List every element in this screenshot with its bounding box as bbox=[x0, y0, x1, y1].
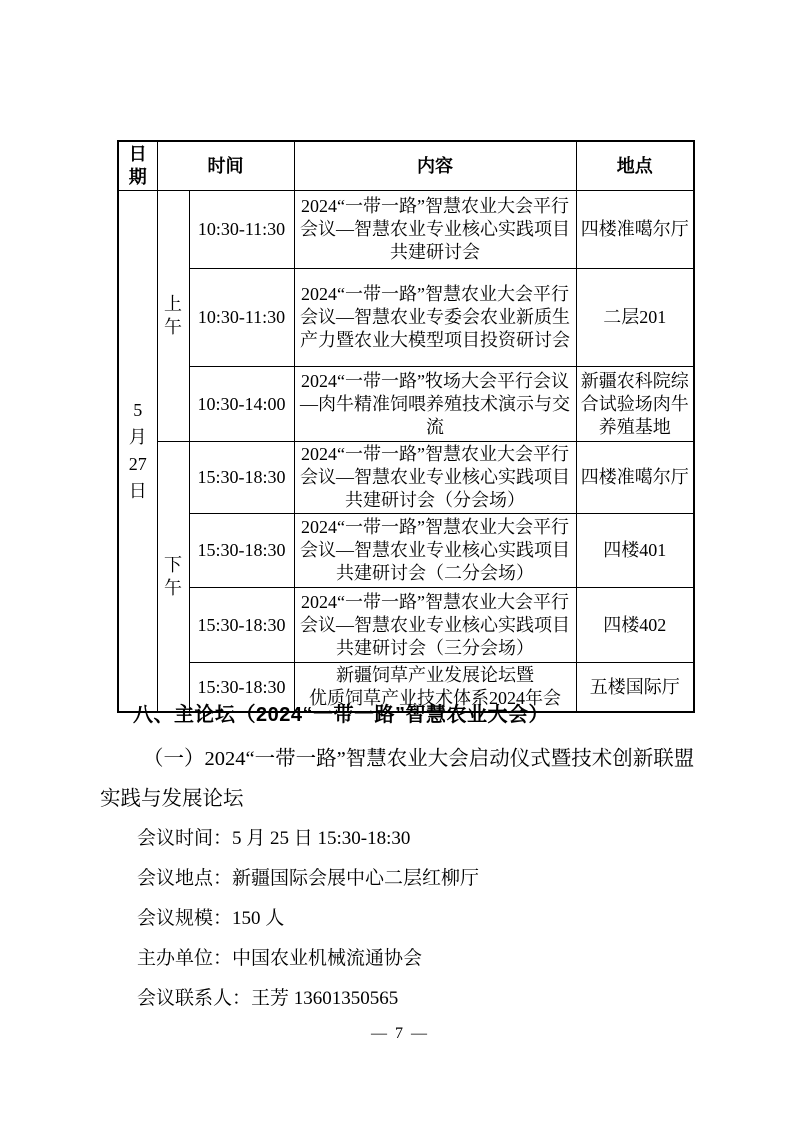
time-cell: 15:30-18:30 bbox=[189, 588, 294, 663]
detail-meeting-time: 会议时间：5 月 25 日 15:30-18:30 bbox=[100, 819, 702, 859]
pm-cell: 下午 bbox=[157, 442, 189, 713]
time-cell: 15:30-18:30 bbox=[189, 442, 294, 514]
location-cell: 四楼401 bbox=[576, 514, 694, 588]
table-row: 10:30-14:00 2024“一带一路”牧场大会平行会议—肉牛精准饲喂养殖技… bbox=[118, 367, 694, 442]
column-header-time: 时间 bbox=[157, 141, 294, 191]
date-cell: 5 月 27 日 bbox=[118, 191, 157, 713]
detail-meeting-scale: 会议规模：150 人 bbox=[100, 899, 702, 939]
content-cell: 2024“一带一路”牧场大会平行会议—肉牛精准饲喂养殖技术演示与交流 bbox=[294, 367, 576, 442]
section-subheading: （一）2024“一带一路”智慧农业大会启动仪式暨技术创新联盟实践与发展论坛 bbox=[100, 739, 702, 819]
detail-contact-person: 会议联系人：王芳 13601350565 bbox=[100, 979, 702, 1019]
schedule-table: 日期 时间 内容 地点 5 月 27 日 上午 10:30-11:30 2024… bbox=[117, 140, 695, 713]
table-row: 5 月 27 日 上午 10:30-11:30 2024“一带一路”智慧农业大会… bbox=[118, 191, 694, 269]
content-cell: 2024“一带一路”智慧农业大会平行会议—智慧农业专业核心实践项目共建研讨会（分… bbox=[294, 442, 576, 514]
time-cell: 15:30-18:30 bbox=[189, 514, 294, 588]
am-cell: 上午 bbox=[157, 191, 189, 442]
column-header-date: 日期 bbox=[118, 141, 157, 191]
content-cell: 2024“一带一路”智慧农业大会平行会议—智慧农业专业核心实践项目共建研讨会（三… bbox=[294, 588, 576, 663]
content-cell: 2024“一带一路”智慧农业大会平行会议—智慧农业专委会农业新质生产力暨农业大模… bbox=[294, 269, 576, 367]
table-row: 下午 15:30-18:30 2024“一带一路”智慧农业大会平行会议—智慧农业… bbox=[118, 442, 694, 514]
section-heading: 八、主论坛（2024“一带一路”智慧农业大会） bbox=[100, 701, 702, 729]
main-forum-section: 八、主论坛（2024“一带一路”智慧农业大会） （一）2024“一带一路”智慧农… bbox=[100, 701, 702, 1019]
time-cell: 10:30-14:00 bbox=[189, 367, 294, 442]
column-header-location: 地点 bbox=[576, 141, 694, 191]
table-row: 10:30-11:30 2024“一带一路”智慧农业大会平行会议—智慧农业专委会… bbox=[118, 269, 694, 367]
column-header-content: 内容 bbox=[294, 141, 576, 191]
content-cell: 2024“一带一路”智慧农业大会平行会议—智慧农业专业核心实践项目共建研讨会（二… bbox=[294, 514, 576, 588]
content-cell: 2024“一带一路”智慧农业大会平行会议—智慧农业专业核心实践项目共建研讨会 bbox=[294, 191, 576, 269]
location-cell: 四楼402 bbox=[576, 588, 694, 663]
location-cell: 四楼准噶尔厅 bbox=[576, 191, 694, 269]
detail-meeting-location: 会议地点：新疆国际会展中心二层红柳厅 bbox=[100, 859, 702, 899]
location-cell: 二层201 bbox=[576, 269, 694, 367]
table-header-row: 日期 时间 内容 地点 bbox=[118, 141, 694, 191]
document-page: 日期 时间 内容 地点 5 月 27 日 上午 10:30-11:30 2024… bbox=[0, 0, 800, 1131]
time-cell: 10:30-11:30 bbox=[189, 191, 294, 269]
table-row: 15:30-18:30 2024“一带一路”智慧农业大会平行会议—智慧农业专业核… bbox=[118, 588, 694, 663]
location-cell: 四楼准噶尔厅 bbox=[576, 442, 694, 514]
schedule-table-wrapper: 日期 时间 内容 地点 5 月 27 日 上午 10:30-11:30 2024… bbox=[117, 140, 695, 713]
table-row: 15:30-18:30 2024“一带一路”智慧农业大会平行会议—智慧农业专业核… bbox=[118, 514, 694, 588]
detail-host-organization: 主办单位：中国农业机械流通协会 bbox=[100, 939, 702, 979]
time-cell: 10:30-11:30 bbox=[189, 269, 294, 367]
location-cell: 新疆农科院综合试验场肉牛养殖基地 bbox=[576, 367, 694, 442]
page-number: — 7 — bbox=[0, 1022, 800, 1046]
